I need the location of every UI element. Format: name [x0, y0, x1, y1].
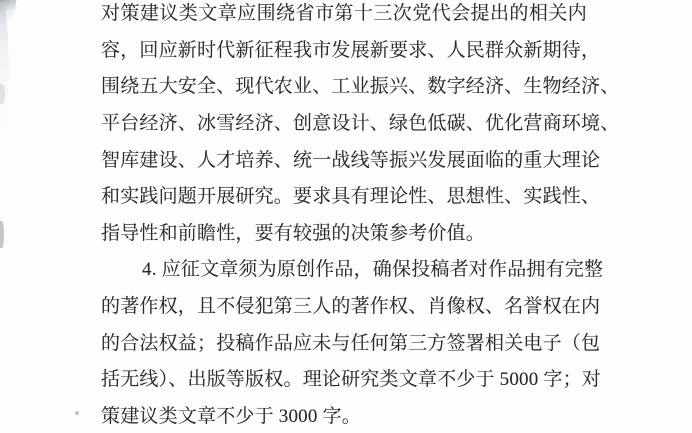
text-line: 4. 应征文章须为原创作品，确保投稿者对作品拥有完整	[101, 252, 587, 289]
scanned-document-page: 对策建议类文章应围绕省市第十三次党代会提出的相关内 容，回应新时代新征程我市发展…	[0, 0, 692, 433]
scan-artifact-speck	[75, 411, 79, 415]
scan-artifact-edge-smudge-mid	[0, 221, 4, 248]
text-line: 的合法权益；投稿作品应未与任何第三方签署相关电子（包	[101, 326, 587, 363]
scan-artifact-left-streak	[0, 6, 9, 136]
text-line: 围绕五大安全、现代农业、工业振兴、数字经济、生物经济、	[101, 69, 587, 106]
text-line: 指导性和前瞻性，要有较强的决策参考价值。	[101, 216, 587, 253]
text-line: 平台经济、冰雪经济、创意设计、绿色低碳、优化营商环境、	[101, 106, 587, 143]
text-line: 括无线）、出版等版权。理论研究类文章不少于 5000 字；对	[101, 362, 587, 399]
document-text-block: 对策建议类文章应围绕省市第十三次党代会提出的相关内 容，回应新时代新征程我市发展…	[101, 0, 587, 433]
scan-artifact-edge-smudge-upper	[0, 84, 5, 104]
text-line: 的著作权，且不侵犯第三人的著作权、肖像权、名誉权在内	[101, 289, 587, 326]
scan-artifact-corner-smudge	[0, 0, 17, 28]
text-line: 和实践问题开展研究。要求具有理论性、思想性、实践性、	[101, 179, 587, 216]
text-line: 智库建设、人才培养、统一战线等振兴发展面临的重大理论	[101, 143, 587, 180]
text-line: 容，回应新时代新征程我市发展新要求、人民群众新期待，	[101, 33, 587, 70]
text-line: 策建议类文章不少于 3000 字。	[101, 399, 587, 433]
text-line: 对策建议类文章应围绕省市第十三次党代会提出的相关内	[101, 0, 587, 33]
